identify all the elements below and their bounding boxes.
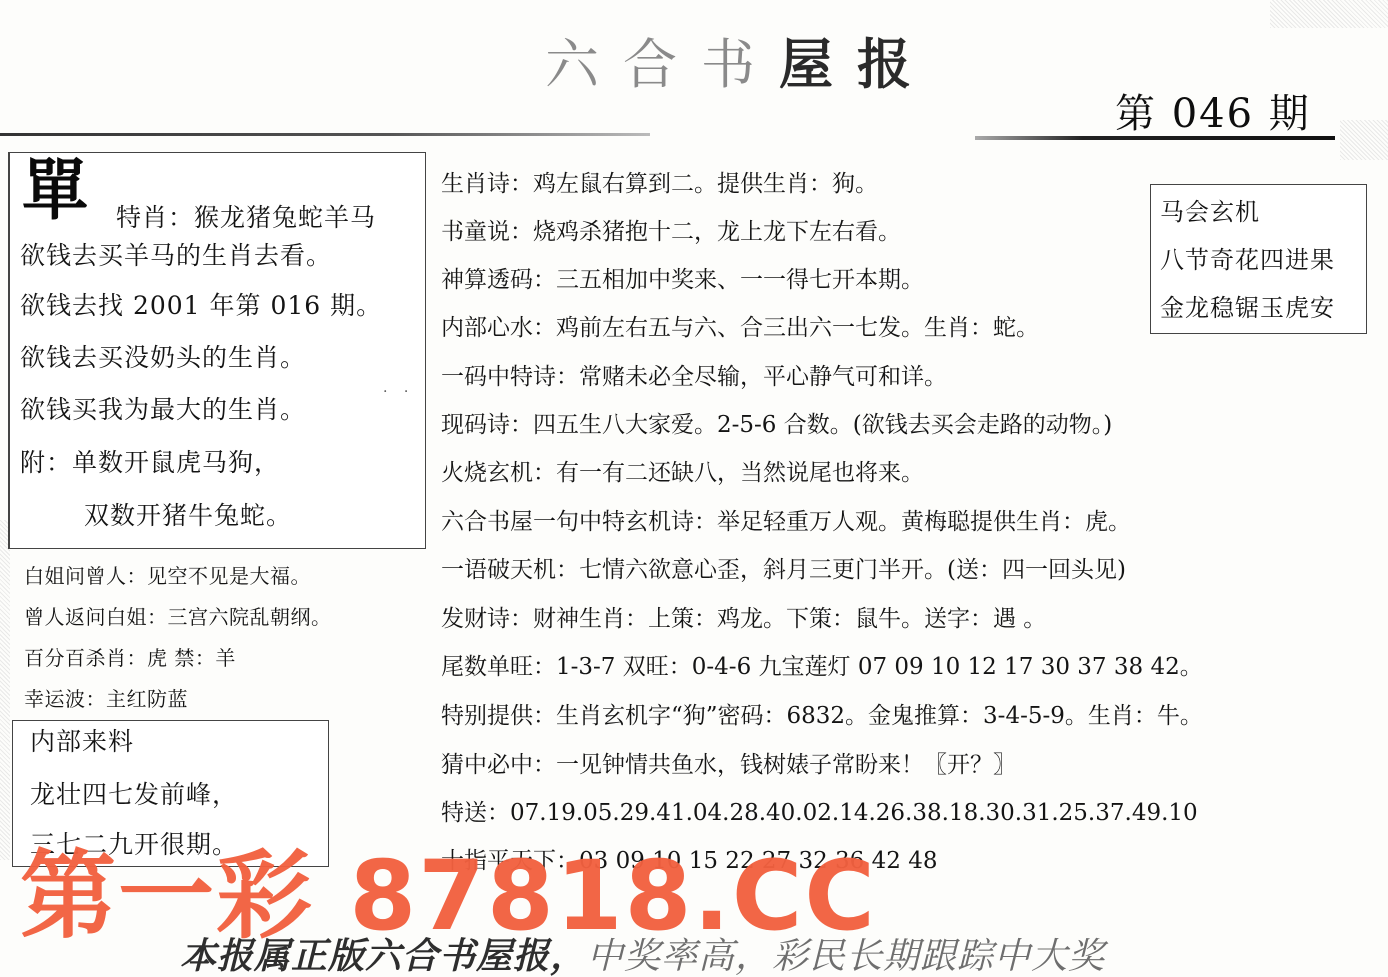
divider-rule	[975, 136, 1335, 140]
verse-line: 现码诗：四五生八大家爱。2-5-6 合数。(欲钱去买会走路的动物。)	[441, 414, 1112, 437]
verse-line: 尾数单旺：1-3-7 双旺：0-4-6 九宝莲灯 07 09 10 12 17 …	[441, 656, 1203, 679]
divider-rule	[0, 133, 650, 136]
issue-number: 第 046 期	[1115, 82, 1311, 139]
verse-line: 内部心水：鸡前左右五与六、合三出六一七发。生肖：蛇。	[441, 317, 1039, 340]
watermark: 第一彩 87818.CC	[20, 848, 877, 944]
dan-character: 單	[22, 158, 88, 224]
horse-box-line: 八节奇花四进果	[1160, 248, 1335, 272]
verse-line: 一码中特诗：常赌未必全尽输，平心静气可和详。	[441, 366, 947, 389]
verse-line: 六合书屋一句中特玄机诗：举足轻重万人观。黄梅聪提供生肖：虎。	[441, 511, 1131, 534]
left-plain-line: 曾人返问白姐：三宫六院乱朝纲。	[24, 607, 332, 627]
scan-noise	[1270, 0, 1388, 28]
left-plain-line: 幸运波：主红防蓝	[24, 689, 188, 709]
masthead-title-dark: 屋报	[779, 33, 935, 96]
left-plain-line: 白姐问曾人：见空不见是大福。	[24, 566, 311, 586]
left-box-line: 欲钱去买羊马的生肖去看。	[20, 243, 332, 268]
left-box-line: 特肖：猴龙猪兔蛇羊马	[116, 205, 376, 230]
left-box-line: 双数开猪牛兔蛇。	[84, 503, 292, 528]
horse-box-line: 金龙稳锯玉虎安	[1160, 296, 1335, 320]
verse-line: 特别提供：生肖玄机字“狗”密码：6832。金鬼推算：3-4-5-9。生肖：牛。	[441, 705, 1203, 728]
verse-line: 书童说：烧鸡杀猪抱十二，龙上龙下左右看。	[441, 221, 901, 244]
horse-box-line: 马会玄机	[1160, 200, 1260, 224]
verse-line: 神算透码：三五相加中奖来、一一得七开本期。	[441, 269, 924, 292]
newspaper-page: 六合书屋报 第 046 期 單 特肖：猴龙猪兔蛇羊马 欲钱去买羊马的生肖去看。 …	[0, 0, 1388, 977]
inner-box-line: 龙壮四七发前峰，	[30, 782, 238, 807]
left-box-line: 欲钱去买没奶头的生肖。	[20, 345, 306, 370]
verse-line: 发财诗：财神生肖：上策：鸡龙。下策：鼠牛。送字：遇 。	[441, 608, 1046, 631]
left-box-line: 欲钱去找 2001 年第 016 期。	[20, 293, 382, 318]
inner-box-title: 内部来料	[30, 729, 134, 754]
decorative-dots: . .	[383, 380, 414, 396]
scan-noise	[0, 520, 10, 860]
verse-line: 火烧玄机：有一有二还缺八，当然说尾也将来。	[441, 462, 924, 485]
left-plain-line: 百分百杀肖：虎 禁：羊	[24, 648, 236, 668]
masthead-title: 六合书屋报	[545, 22, 935, 99]
verse-line: 生肖诗：鸡左鼠右算到二。提供生肖：狗。	[441, 173, 878, 196]
verse-line: 一语破天机：七情六欲意心歪，斜月三更门半开。(送：四一回头见)	[441, 559, 1126, 582]
verse-line: 猜中必中：一见钟情共鱼水，钱树婊子常盼来！〖开？〗	[441, 754, 1016, 777]
left-box-line: 欲钱买我为最大的生肖。	[20, 397, 306, 422]
left-box-line: 附：单数开鼠虎马狗，	[20, 450, 280, 475]
scan-noise	[1340, 120, 1388, 160]
verse-line: 特送：07.19.05.29.41.04.28.40.02.14.26.38.1…	[441, 802, 1198, 825]
masthead-title-light: 六合书	[545, 33, 779, 96]
